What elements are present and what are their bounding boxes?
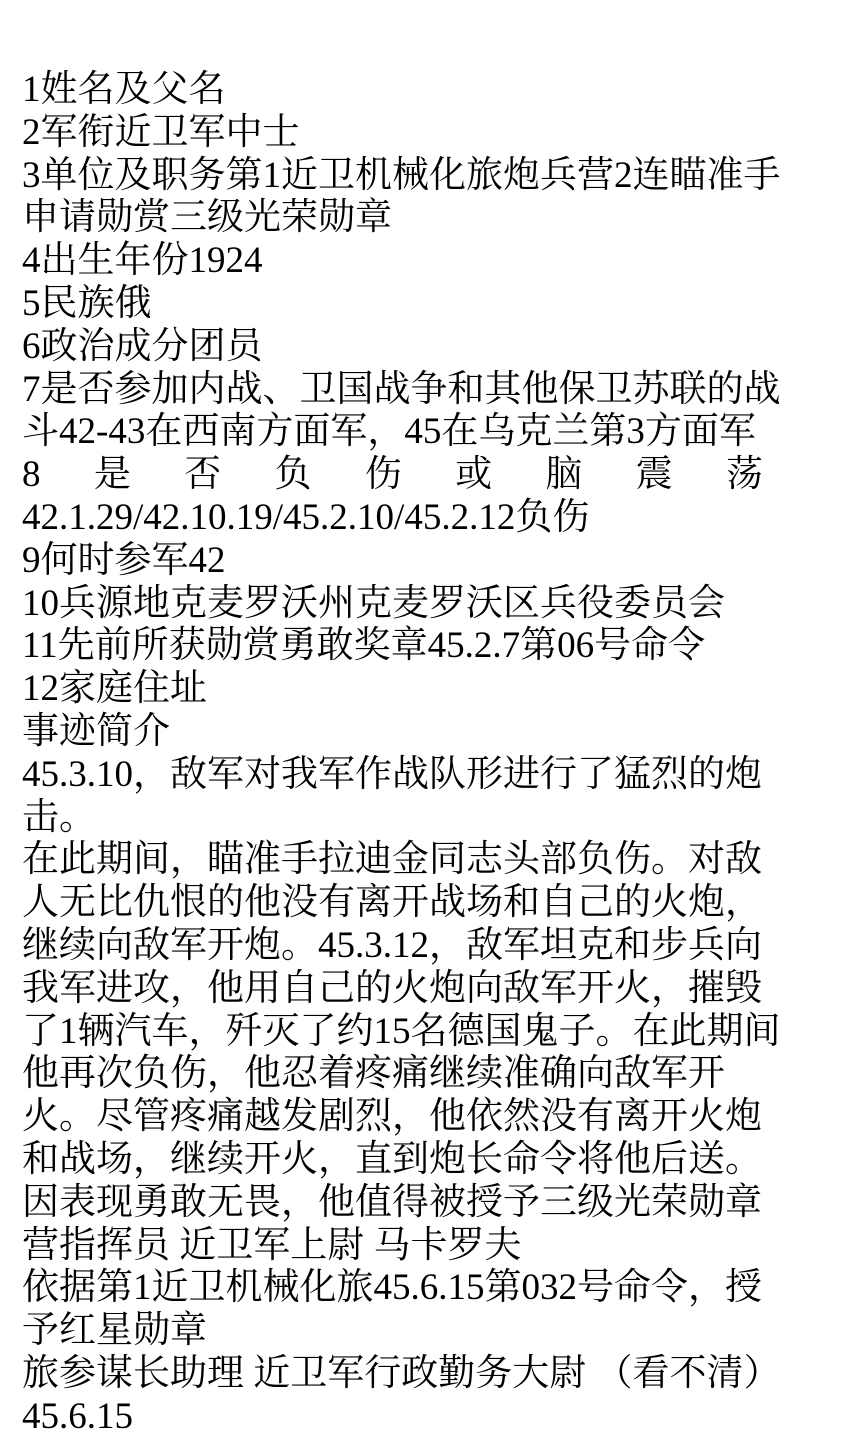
text-line: 我军进攻，他用自己的火炮向敌军开火，摧毁 [22, 968, 767, 1011]
text-line: 10兵源地克麦罗沃州克麦罗沃区兵役委员会 [22, 583, 767, 626]
text-line: 45.3.10，敌军对我军作战队形进行了猛烈的炮 [22, 754, 767, 797]
document-page: 1姓名及父名2军衔近卫军中士3单位及职务第1近卫机械化旅炮兵营2连瞄准手申请勋赏… [0, 0, 863, 1440]
text-line: 11先前所获勋赏勇敢奖章45.2.7第06号命令 [22, 625, 767, 668]
text-line: 斗42-43在西南方面军，45在乌克兰第3方面军 [22, 411, 767, 454]
justified-char: 荡 [726, 454, 763, 497]
text-line: 5民族俄 [22, 283, 767, 326]
text-line: 42.1.29/42.10.19/45.2.10/45.2.12负伤 [22, 497, 767, 540]
text-line: 击。 [22, 797, 767, 840]
justified-char: 震 [636, 454, 673, 497]
justified-char: 否 [184, 454, 221, 497]
text-line: 申请勋赏三级光荣勋章 [22, 197, 767, 240]
justified-char: 或 [455, 454, 492, 497]
text-line: 12家庭住址 [22, 668, 767, 711]
document-body: 1姓名及父名2军衔近卫军中士3单位及职务第1近卫机械化旅炮兵营2连瞄准手申请勋赏… [22, 69, 767, 1439]
text-line: 1姓名及父名 [22, 69, 767, 112]
text-line: 3单位及职务第1近卫机械化旅炮兵营2连瞄准手 [22, 155, 767, 198]
text-line: 7是否参加内战、卫国战争和其他保卫苏联的战 [22, 369, 767, 412]
text-line: 他再次负伤，他忍着疼痛继续准确向敌军开 [22, 1053, 767, 1096]
text-line: 因表现勇敢无畏，他值得被授予三级光荣勋章 [22, 1182, 767, 1225]
text-line: 营指挥员 近卫军上尉 马卡罗夫 [22, 1225, 767, 1268]
justified-char: 负 [274, 454, 311, 497]
text-line: 了1辆汽车，歼灭了约15名德国鬼子。在此期间 [22, 1011, 767, 1054]
text-line: 8是否负伤或脑震荡 [22, 454, 763, 497]
text-line: 6政治成分团员 [22, 326, 767, 369]
justified-char: 是 [94, 454, 131, 497]
text-line: 4出生年份1924 [22, 240, 767, 283]
text-line: 事迹简介 [22, 711, 767, 754]
text-line: 人无比仇恨的他没有离开战场和自己的火炮， [22, 882, 767, 925]
justified-char: 脑 [545, 454, 582, 497]
text-line: 和战场，继续开火，直到炮长命令将他后送。 [22, 1139, 767, 1182]
text-line: 9何时参军42 [22, 540, 767, 583]
text-line: 依据第1近卫机械化旅45.6.15第032号命令，授 [22, 1267, 767, 1310]
text-line: 45.6.15 [22, 1396, 767, 1439]
text-line: 继续向敌军开炮。45.3.12，敌军坦克和步兵向 [22, 925, 767, 968]
text-line: 予红星勋章 [22, 1310, 767, 1353]
text-line: 旅参谋长助理 近卫军行政勤务大尉 （看不清） [22, 1353, 767, 1396]
text-line: 2军衔近卫军中士 [22, 112, 767, 155]
justified-char: 伤 [365, 454, 402, 497]
text-line: 火。尽管疼痛越发剧烈，他依然没有离开火炮 [22, 1096, 767, 1139]
text-line: 在此期间，瞄准手拉迪金同志头部负伤。对敌 [22, 839, 767, 882]
justified-char: 8 [22, 454, 41, 497]
